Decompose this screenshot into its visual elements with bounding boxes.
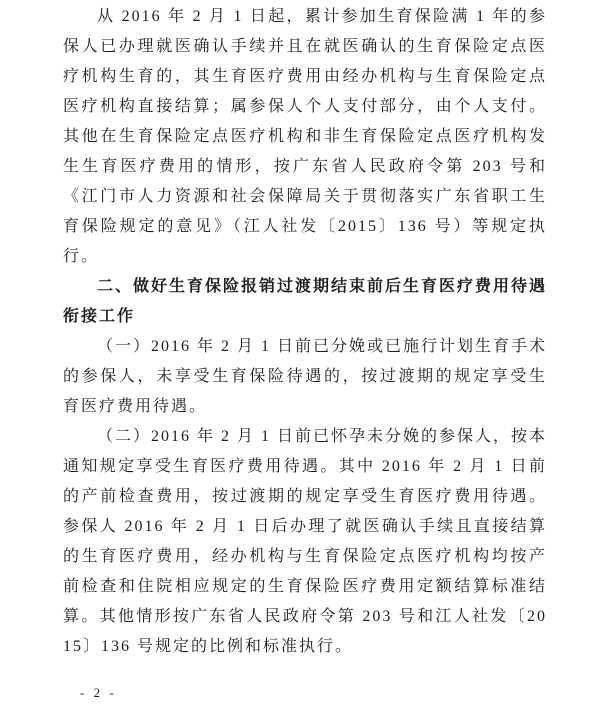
section-heading: 二、做好生育保险报销过渡期结束前后生育医疗费用待遇衔接工作: [63, 272, 547, 332]
body-paragraph-item-2: （二）2016 年 2 月 1 日前已怀孕未分娩的参保人，按本通知规定享受生育医…: [63, 422, 547, 662]
document-text-block: 从 2016 年 2 月 1 日起，累计参加生育保险满 1 年的参保人已办理就医…: [63, 2, 547, 662]
body-paragraph-item-1: （一）2016 年 2 月 1 日前已分娩或已施行计划生育手术的参保人，未享受生…: [63, 332, 547, 422]
body-paragraph-1: 从 2016 年 2 月 1 日起，累计参加生育保险满 1 年的参保人已办理就医…: [63, 2, 547, 272]
page-number: - 2 -: [80, 685, 117, 701]
document-page: 从 2016 年 2 月 1 日起，累计参加生育保险满 1 年的参保人已办理就医…: [0, 0, 609, 704]
